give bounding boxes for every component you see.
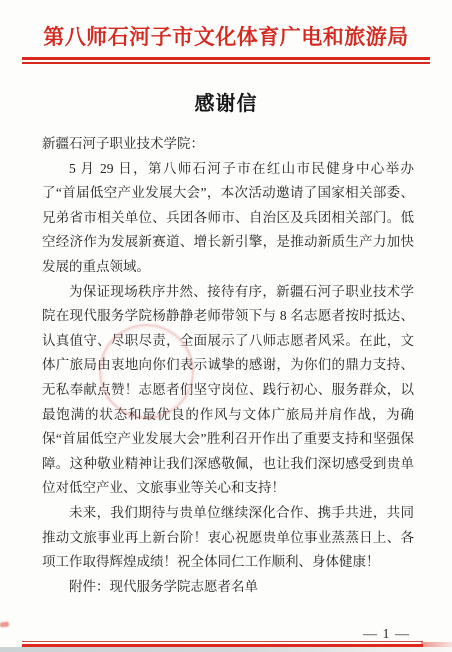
document-title: 感谢信 [0, 92, 452, 116]
page-number: — 1 — [363, 627, 410, 643]
attachment-line: 附件：现代服务学院志愿者名单 [42, 575, 414, 600]
letter-body: 新疆石河子职业技术学院： 5 月 29 日，第八师石河子市在红山市民健身中心举办… [42, 132, 414, 599]
letterhead-double-rule [22, 57, 430, 64]
body-paragraph-3: 未来，我们期待与贵单位继续深化合作、携手共进，共同推动文旅事业再上新台阶！衷心祝… [42, 501, 414, 575]
scanned-letter-page: 第八师石河子市文化体育广电和旅游局 感谢信 新疆石河子职业技术学院： 5 月 2… [0, 0, 452, 652]
body-paragraph-1: 5 月 29 日，第八师石河子市在红山市民健身中心举办了“首届低空产业发展大会”… [42, 157, 414, 280]
official-seal-bleedthrough-circle [99, 324, 194, 419]
scan-edge-strip [0, 647, 452, 652]
scan-artifact-red-mark [0, 621, 9, 627]
letterhead-agency-name: 第八师石河子市文化体育广电和旅游局 [0, 24, 452, 51]
salutation-line: 新疆石河子职业技术学院： [42, 132, 414, 157]
body-paragraph-2: 为保证现场秩序井然、接待有序，新疆石河子职业技术学院在现代服务学院杨静静老师带领… [42, 280, 414, 501]
